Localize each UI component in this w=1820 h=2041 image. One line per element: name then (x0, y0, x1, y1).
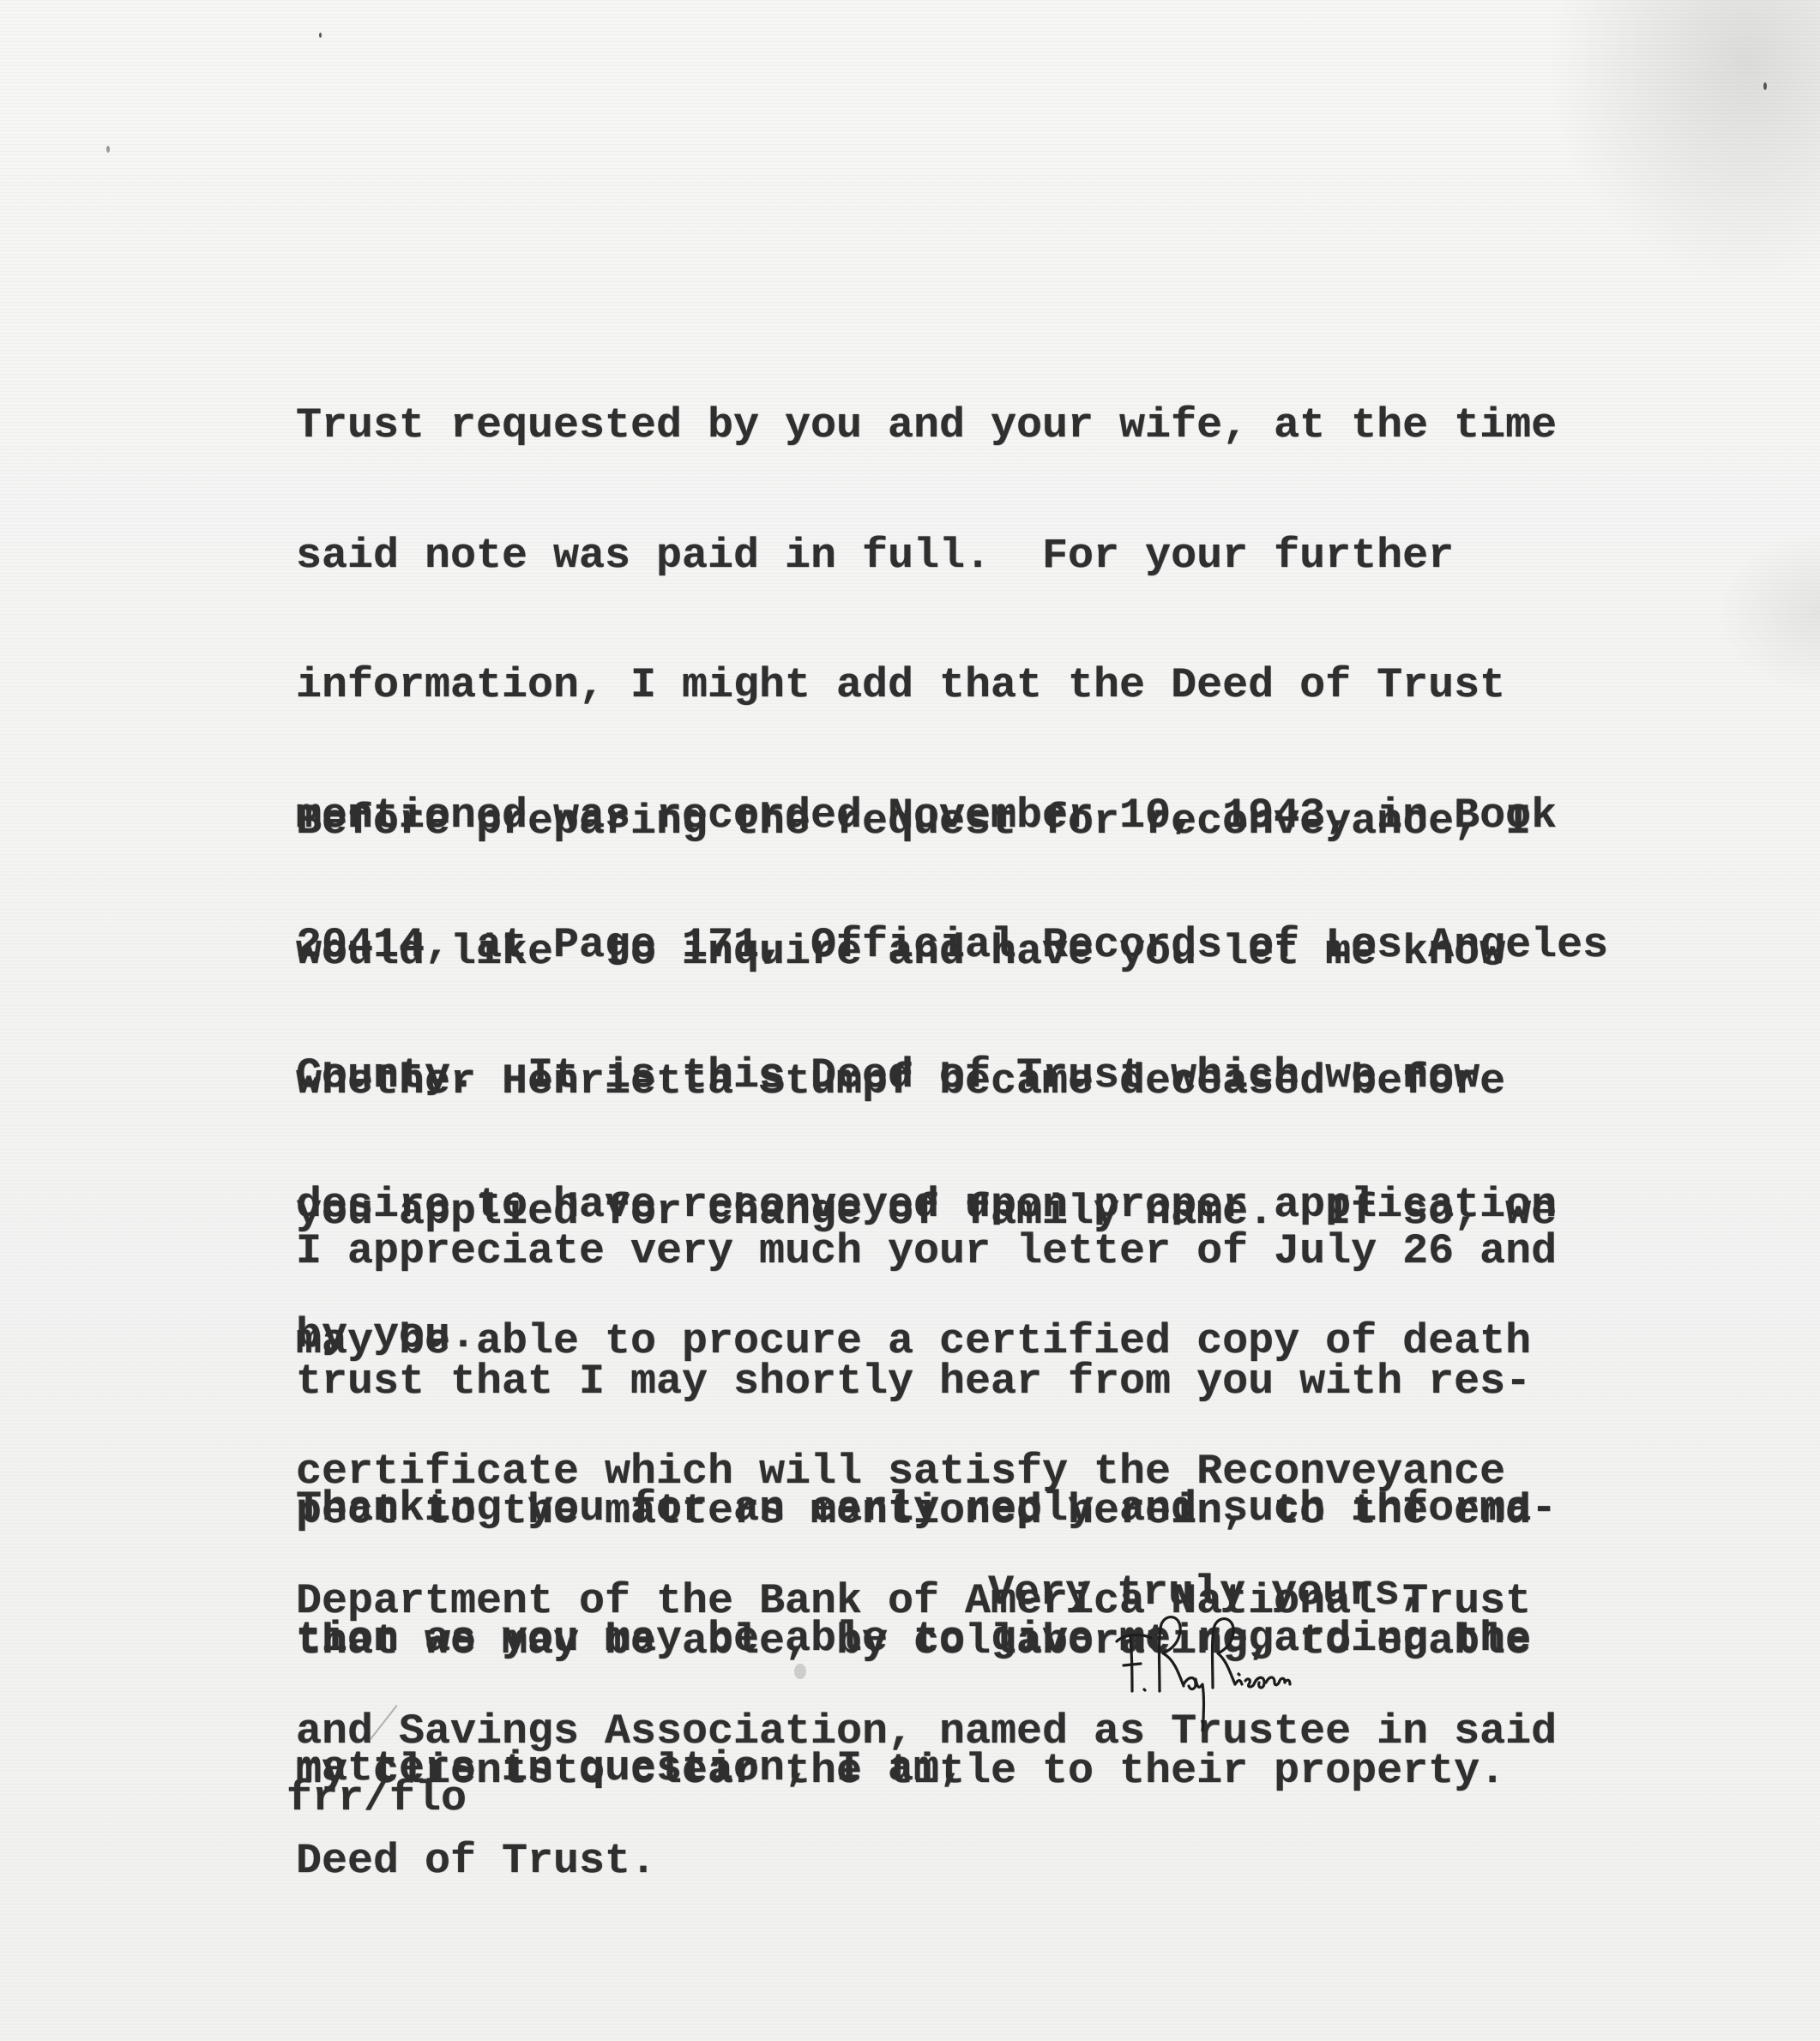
text-line: tion as you may be able to give me regar… (296, 1617, 1557, 1661)
reference-initials: frr/flo (286, 1777, 467, 1821)
text-line: would like to inquire and have you let m… (296, 930, 1557, 974)
text-line: trust that I may shortly hear from you w… (296, 1360, 1557, 1404)
handwritten-signature (1106, 1612, 1295, 1741)
text-line: I appreciate very much your letter of Ju… (296, 1230, 1557, 1273)
signature-icon (1106, 1612, 1295, 1741)
dust-speck (1763, 82, 1767, 90)
dust-speck (319, 33, 322, 38)
text-line: Before preparing the request for reconve… (296, 800, 1557, 844)
text-line: Trust requested by you and your wife, at… (296, 404, 1608, 448)
text-line: whether Henrietta Stumpf became deceased… (296, 1060, 1557, 1104)
text-line: information, I might add that the Deed o… (296, 664, 1608, 707)
text-line: Thanking you for an early reply and such… (296, 1487, 1557, 1531)
text-line: said note was paid in full. For your fur… (296, 534, 1608, 578)
text-line: matters in question, I am, (296, 1747, 1557, 1791)
paragraph-thanks: Thanking you for an early reply and such… (296, 1400, 1557, 1877)
complimentary-close: Very truly yours, (988, 1571, 1425, 1615)
dust-speck (106, 146, 110, 153)
